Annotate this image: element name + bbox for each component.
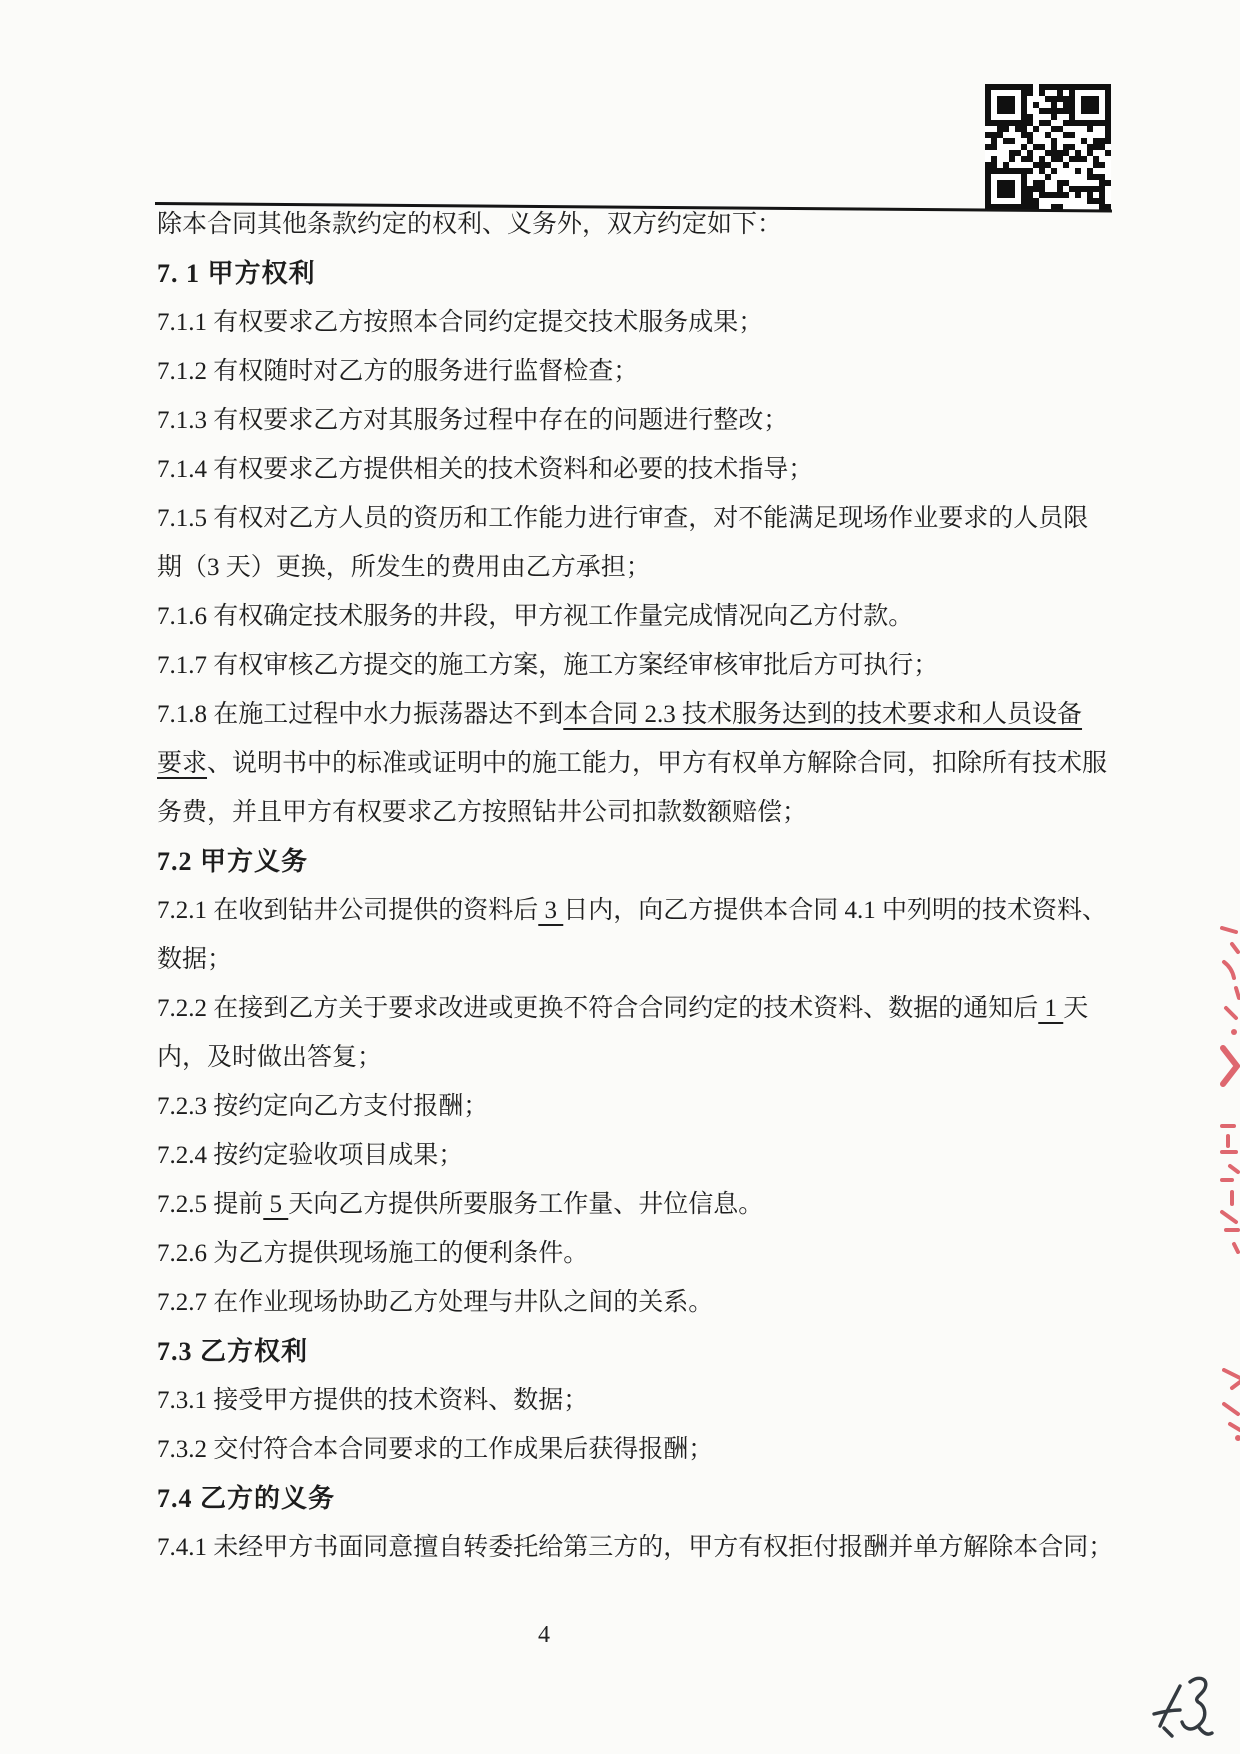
document-line: 7.1.1 有权要求乙方按照本合同约定提交技术服务成果； bbox=[157, 298, 1122, 347]
document-line: 期（3 天）更换，所发生的费用由乙方承担； bbox=[157, 543, 1122, 592]
document-line: 内，及时做出答复； bbox=[157, 1033, 1122, 1082]
document-line: 7.1.6 有权确定技术服务的井段，甲方视工作量完成情况向乙方付款。 bbox=[157, 592, 1122, 641]
page-number: 4 bbox=[538, 1622, 550, 1649]
red-stamp-fragment-icon bbox=[1218, 1118, 1240, 1263]
document-line: 7.3.1 接受甲方提供的技术资料、数据； bbox=[157, 1376, 1122, 1425]
document-line: 7.1.2 有权随时对乙方的服务进行监督检查； bbox=[157, 347, 1122, 396]
document-line: 数据； bbox=[157, 935, 1122, 984]
document-line: 7.1.8 在施工过程中水力振荡器达不到本合同 2.3 技术服务达到的技术要求和… bbox=[157, 690, 1122, 739]
document-line: 7.1.4 有权要求乙方提供相关的技术资料和必要的技术指导； bbox=[157, 445, 1122, 494]
contract-page: 除本合同其他条款约定的权利、义务外，双方约定如下：7. 1 甲方权利7.1.1 … bbox=[0, 0, 1240, 1754]
section-heading: 7. 1 甲方权利 bbox=[157, 249, 1122, 298]
document-line: 7.4.1 未经甲方书面同意擅自转委托给第三方的，甲方有权拒付报酬并单方解除本合… bbox=[157, 1523, 1122, 1572]
document-line: 除本合同其他条款约定的权利、义务外，双方约定如下： bbox=[157, 200, 1122, 249]
section-heading: 7.4 乙方的义务 bbox=[157, 1474, 1122, 1523]
document-line: 7.3.2 交付符合本合同要求的工作成果后获得报酬； bbox=[157, 1425, 1122, 1474]
red-stamp-fragment-icon bbox=[1218, 922, 1240, 1042]
document-body: 除本合同其他条款约定的权利、义务外，双方约定如下：7. 1 甲方权利7.1.1 … bbox=[157, 200, 1122, 1572]
handwritten-signature-icon bbox=[1146, 1664, 1230, 1748]
document-line: 7.1.5 有权对乙方人员的资历和工作能力进行审查，对不能满足现场作业要求的人员… bbox=[157, 494, 1122, 543]
document-line: 7.2.7 在作业现场协助乙方处理与井队之间的关系。 bbox=[157, 1278, 1122, 1327]
document-line: 7.2.4 按约定验收项目成果； bbox=[157, 1131, 1122, 1180]
section-heading: 7.2 甲方义务 bbox=[157, 837, 1122, 886]
document-line: 7.2.1 在收到钻井公司提供的资料后 3 日内，向乙方提供本合同 4.1 中列… bbox=[157, 886, 1122, 935]
document-line: 7.2.6 为乙方提供现场施工的便利条件。 bbox=[157, 1229, 1122, 1278]
document-line: 7.1.3 有权要求乙方对其服务过程中存在的问题进行整改； bbox=[157, 396, 1122, 445]
document-line: 7.2.2 在接到乙方关于要求改进或更换不符合合同约定的技术资料、数据的通知后 … bbox=[157, 984, 1122, 1033]
document-line: 7.1.7 有权审核乙方提交的施工方案，施工方案经审核审批后方可执行； bbox=[157, 641, 1122, 690]
document-line: 务费，并且甲方有权要求乙方按照钻井公司扣款数额赔偿； bbox=[157, 788, 1122, 837]
document-line: 要求、说明书中的标准或证明中的施工能力，甲方有权单方解除合同，扣除所有技术服 bbox=[157, 739, 1122, 788]
red-stamp-fragment-icon bbox=[1220, 1360, 1240, 1445]
qr-code-icon bbox=[985, 84, 1111, 210]
document-line: 7.2.5 提前 5 天向乙方提供所要服务工作量、井位信息。 bbox=[157, 1180, 1122, 1229]
red-stamp-fragment-icon bbox=[1219, 1040, 1240, 1095]
section-heading: 7.3 乙方权利 bbox=[157, 1327, 1122, 1376]
document-line: 7.2.3 按约定向乙方支付报酬； bbox=[157, 1082, 1122, 1131]
